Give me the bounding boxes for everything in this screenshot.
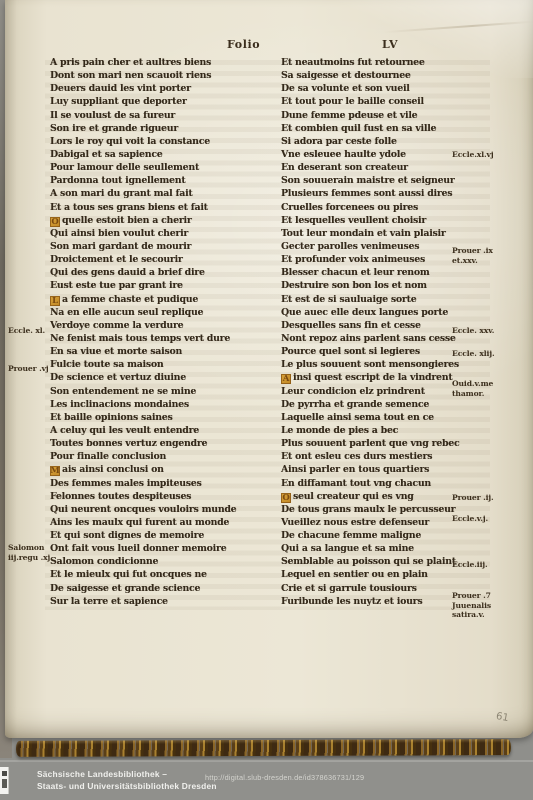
verse-line: Luy suppliant que deporter <box>50 95 280 108</box>
verse-line: Eust este tue par grant ire <box>50 279 280 292</box>
institution-line1: Sächsische Landesbibliothek – <box>37 769 217 781</box>
verse-line: Fulcie toute sa maison <box>50 358 280 371</box>
decorated-initial: O <box>281 493 291 503</box>
footer-bar: Sächsische Landesbibliothek – Staats- un… <box>0 762 533 800</box>
decorated-initial: A <box>281 374 291 384</box>
verse-line: Laquelle ainsi sema tout en ce <box>281 411 511 424</box>
verse-line: Dune femme pdeuse et vile <box>281 109 511 122</box>
verse-line: Dont son mari nen scauoit riens <box>50 69 280 82</box>
verse-line: Il se voulust de sa fureur <box>50 109 280 122</box>
gilt-book-edge <box>16 739 511 757</box>
text-column-left: A pris pain cher et aultres biensDont so… <box>50 56 280 608</box>
verse-line: En deserant son createur <box>281 161 511 174</box>
verse-line: Verdoye comme la verdure <box>50 319 280 332</box>
verse-line: Ne fenist mais tous temps vert dure <box>50 332 280 345</box>
verse-line: Son ire et grande rigueur <box>50 122 280 135</box>
institution-name: Sächsische Landesbibliothek – Staats- un… <box>37 769 217 792</box>
verse-line: Plus souuent parlent que vng rebec <box>281 437 511 450</box>
verse-line: Et le mieulx qui fut oncques ne <box>50 568 280 581</box>
verse-line: Lequel en sentier ou en plain <box>281 568 511 581</box>
verse-line: Et a tous ses grans biens et fait <box>50 201 280 214</box>
verse-line: La femme chaste et pudique <box>50 293 280 306</box>
verse-line: Tout leur mondain et vain plaisir <box>281 227 511 240</box>
verse-line: Et est de si sauluaige sorte <box>281 293 511 306</box>
verse-line: Pour lamour delle seullement <box>50 161 280 174</box>
margin-note: Eccle. xl. <box>8 326 45 336</box>
verse-line: Na en elle aucun seul replique <box>50 306 280 319</box>
verse-line: Les inclinacions mondaines <box>50 398 280 411</box>
verse-line: Qui des gens dauid a brief dire <box>50 266 280 279</box>
verse-line: Toutes bonnes vertuz engendre <box>50 437 280 450</box>
verse-line: Le plus souuent sont mensongieres <box>281 358 511 371</box>
margin-note: Eccle.xl.vj <box>452 150 494 160</box>
margin-note: Salomoniij.regu .xj. <box>8 543 53 562</box>
decorated-initial: M <box>50 466 60 476</box>
verse-line: Blesser chacun et leur renom <box>281 266 511 279</box>
verse-line: Des femmes males impiteuses <box>50 477 280 490</box>
verse-line: De sa volunte et son vueil <box>281 82 511 95</box>
folio-label: Folio <box>227 38 260 51</box>
verse-line: Ont fait vous lueil donner memoire <box>50 542 280 555</box>
slub-logo <box>0 767 9 794</box>
verse-line: A son mari du grant mal fait <box>50 187 280 200</box>
verse-line: Salomon condicionne <box>50 555 280 568</box>
verse-line: Deuers dauid les vint porter <box>50 82 280 95</box>
verse-line: Et baille opinions saines <box>50 411 280 424</box>
verse-line: Oquelle estoit bien a cherir <box>50 214 280 227</box>
verse-line: De saigesse et grande science <box>50 582 280 595</box>
institution-line2: Staats- und Universitätsbibliothek Dresd… <box>37 781 217 793</box>
verse-line: En diffamant tout vng chacun <box>281 477 511 490</box>
verse-line: Dabigal et sa sapience <box>50 148 280 161</box>
verse-line: Son mari gardant de mourir <box>50 240 280 253</box>
verse-line: En sa viue et morte saison <box>50 345 280 358</box>
verse-line: De science et vertuz diuine <box>50 371 280 384</box>
verse-line: Son souuerain maistre et seigneur <box>281 174 511 187</box>
verse-line: Plusieurs femmes sont aussi dires <box>281 187 511 200</box>
digitized-book-scan: Folio LV A pris pain cher et aultres bie… <box>0 0 533 800</box>
footer-url: http://digital.slub-dresden.de/id3786367… <box>205 773 364 782</box>
margin-note: Prouer .ij. <box>452 493 494 503</box>
margin-note: Eccle.iij. <box>452 560 488 570</box>
margin-note: Ouid.v.methamor. <box>452 379 493 398</box>
verse-line: Lors le roy qui voit la constance <box>50 135 280 148</box>
verse-line: Felonnes toutes despiteuses <box>50 490 280 503</box>
verse-line: A celuy qui les veult entendre <box>50 424 280 437</box>
margin-note: Eccle. xlij. <box>452 349 495 359</box>
margin-note: Eccle. xxv. <box>452 326 494 336</box>
verse-line: De chacune femme maligne <box>281 529 511 542</box>
verse-line: Ainsi parler en tous quartiers <box>281 463 511 476</box>
verse-line: Droictement et le secourir <box>50 253 280 266</box>
margin-note: Prouer .ixet.xxv. <box>452 246 493 265</box>
verse-line: Et lesquelles veullent choisir <box>281 214 511 227</box>
verse-line: Et ont esleu ces durs mestiers <box>281 450 511 463</box>
verse-line: Que auec elle deux langues porte <box>281 306 511 319</box>
verse-line: Mais ainsi conclusi on <box>50 463 280 476</box>
pencil-foliation: 61 <box>495 711 509 724</box>
verse-line: Ains les maulx qui furent au monde <box>50 516 280 529</box>
verse-line: Qui ainsi bien voulut cherir <box>50 227 280 240</box>
verse-line: Pour finalle conclusion <box>50 450 280 463</box>
verse-line: Et tout pour le baille conseil <box>281 95 511 108</box>
verse-line: Qui neurent oncques vouloirs munde <box>50 503 280 516</box>
verse-line: Qui a sa langue et sa mine <box>281 542 511 555</box>
margin-note: Eccle.v.j. <box>452 514 488 524</box>
verse-line: De pyrrha et grande semence <box>281 398 511 411</box>
decorated-initial: O <box>50 217 60 227</box>
margin-note: Prouer .vj <box>8 364 49 374</box>
verse-line: Et combien quil fust en sa ville <box>281 122 511 135</box>
verse-line: Pardonna tout ignellement <box>50 174 280 187</box>
book-page: Folio LV A pris pain cher et aultres bie… <box>5 0 533 738</box>
margin-note: Prouer .7Juuenalissatira.v. <box>452 591 491 620</box>
verse-line: Destruire son bon los et nom <box>281 279 511 292</box>
verse-line: Sa saigesse et destournee <box>281 69 511 82</box>
folio-number: LV <box>382 38 398 51</box>
verse-line: Cruelles forcenees ou pires <box>281 201 511 214</box>
verse-line: A pris pain cher et aultres biens <box>50 56 280 69</box>
verse-line: Si adora par ceste folle <box>281 135 511 148</box>
verse-line: Sur la terre et sapience <box>50 595 280 608</box>
verse-line: Son entendement ne se mine <box>50 385 280 398</box>
verse-line: Le monde de pies a bec <box>281 424 511 437</box>
verse-line: Et qui sont dignes de memoire <box>50 529 280 542</box>
decorated-initial: L <box>50 296 60 306</box>
verse-line: Et neautmoins fut retournee <box>281 56 511 69</box>
